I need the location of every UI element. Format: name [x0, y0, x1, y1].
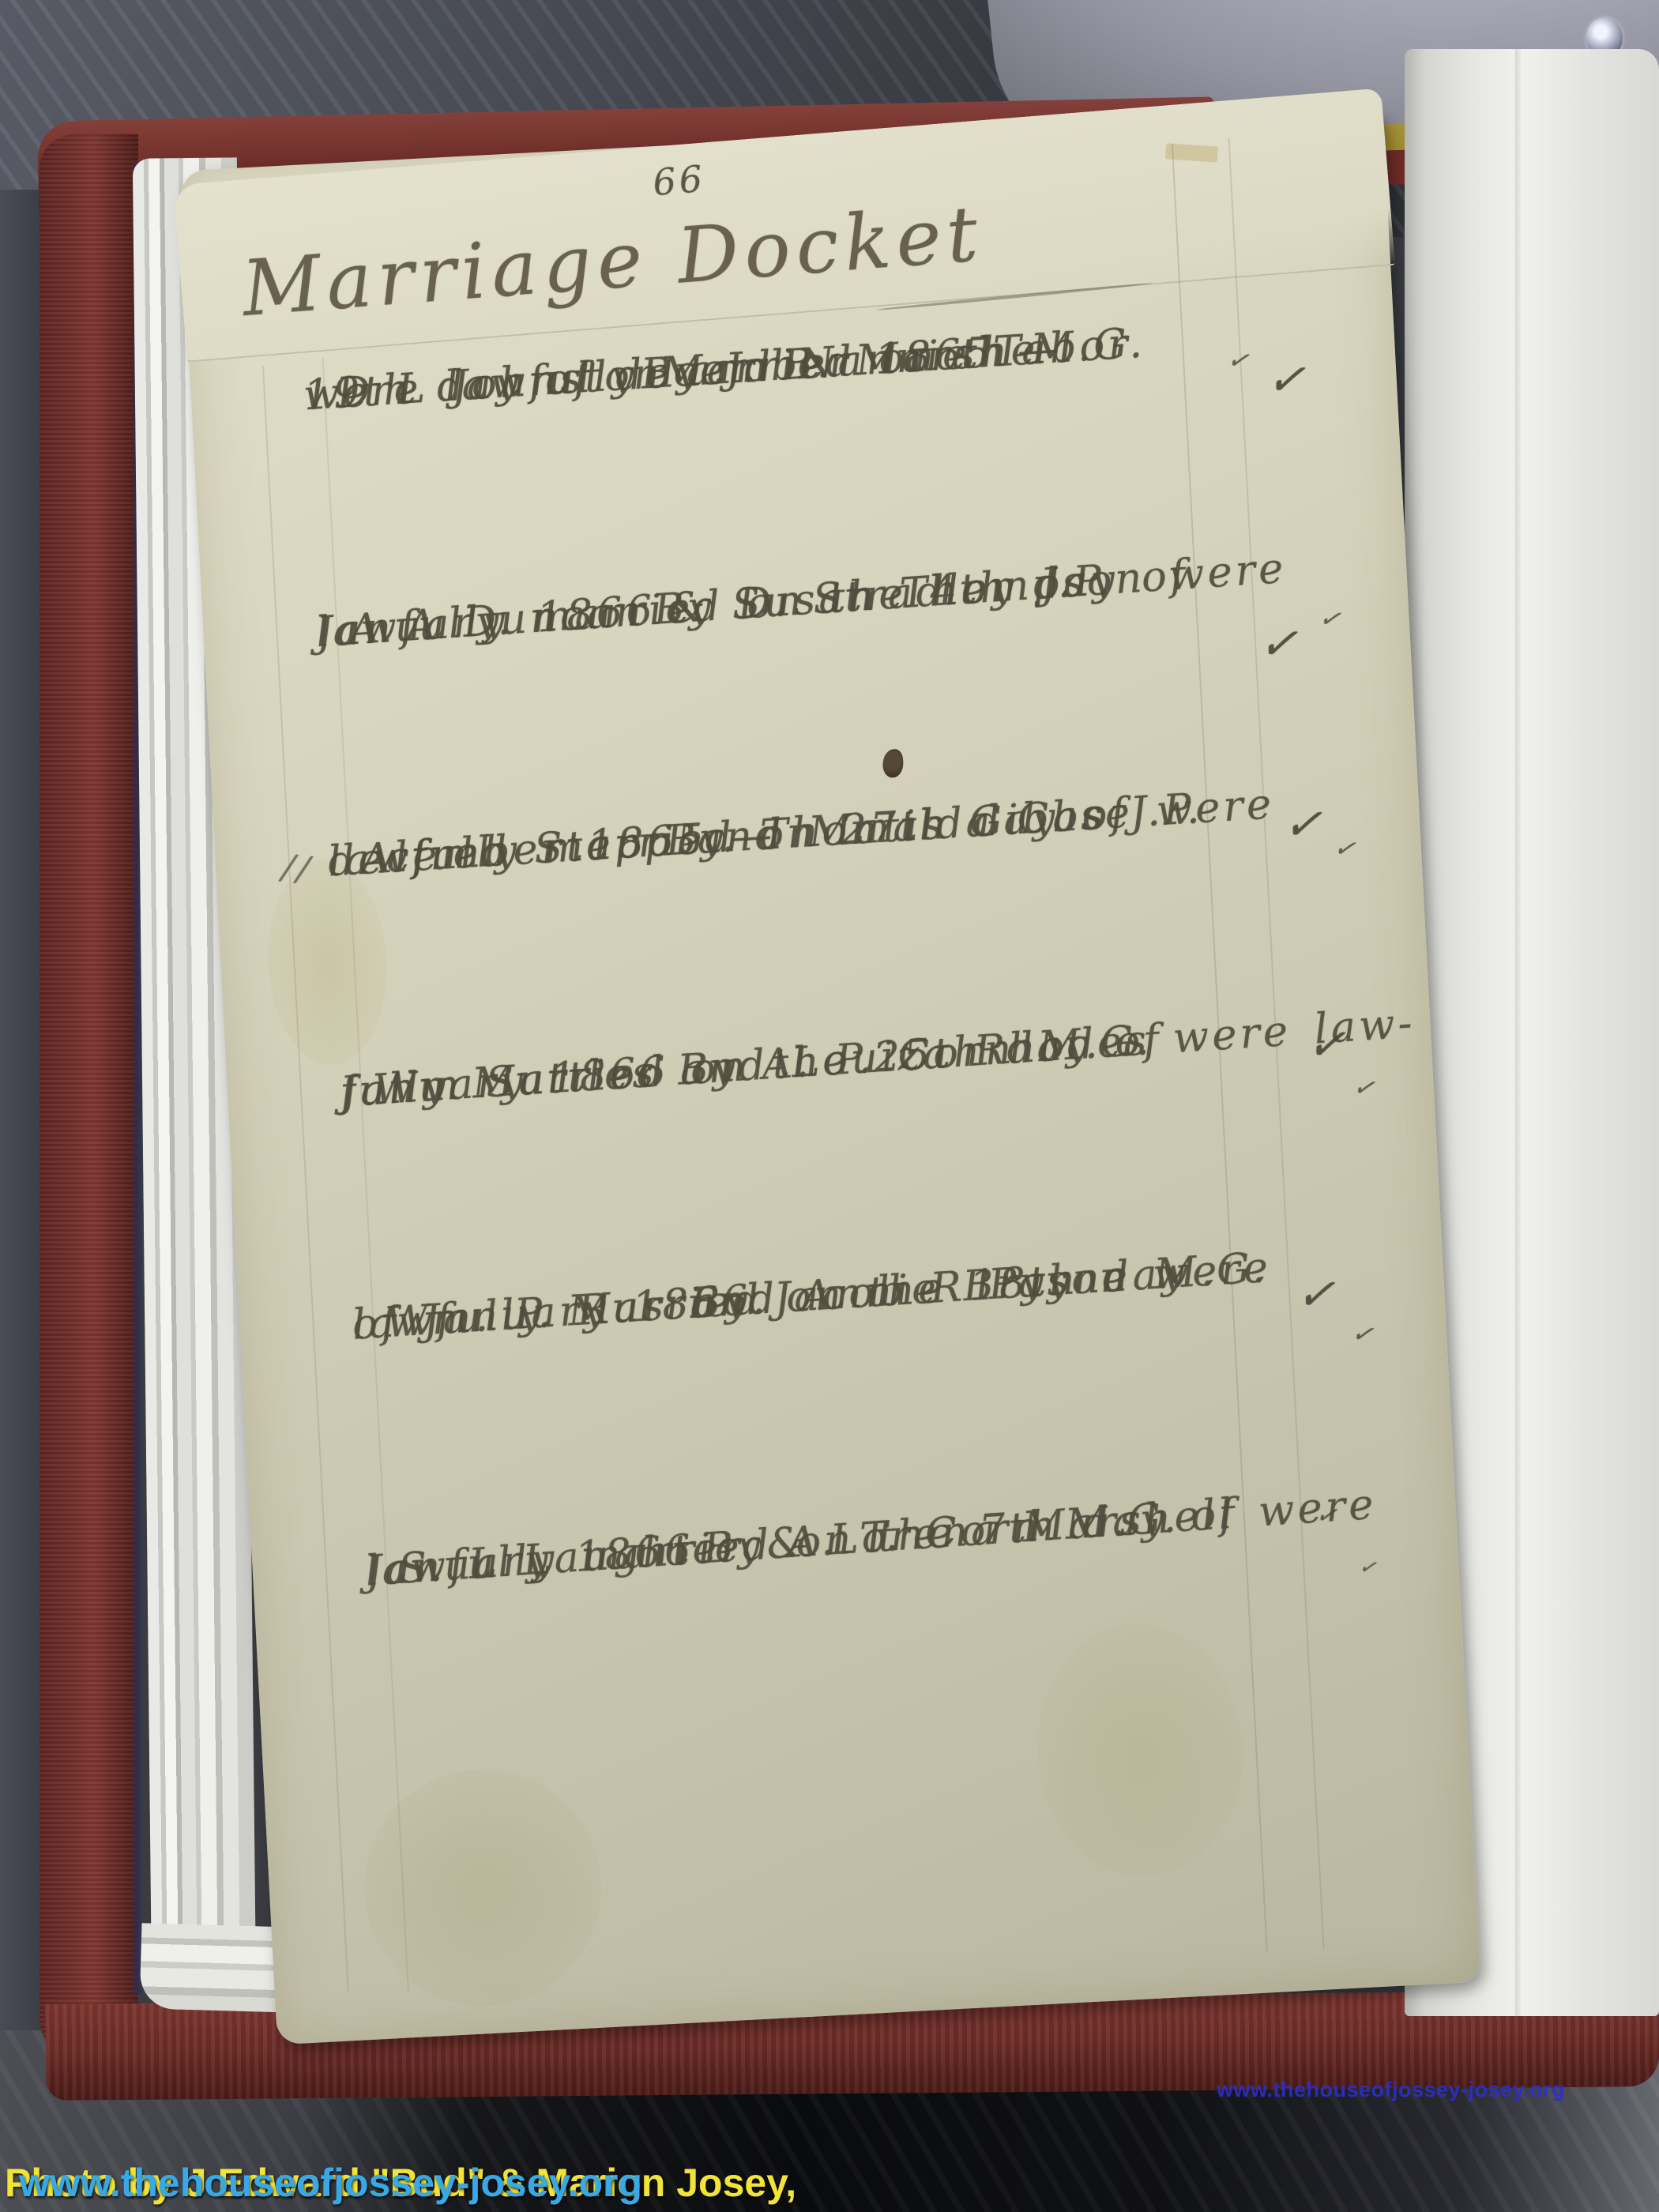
page-stain — [1031, 1619, 1249, 1882]
entry-officiant: By D. Stradley J.P. — [314, 551, 1115, 660]
checkmark-small: ✓ — [1329, 819, 1363, 878]
checkmark: ✓ — [1265, 350, 1311, 409]
ink-blot — [882, 749, 904, 778]
checkmark: ✓ — [1294, 1265, 1340, 1324]
checkmark-small: ✓ — [1223, 331, 1257, 390]
checkmark-small: ✓ — [1347, 1304, 1381, 1364]
margin-mark: ∕∕ — [280, 839, 315, 898]
photo-of-marriage-docket: 66 Marriage Docket D L Johnston and Nann… — [0, 0, 1659, 2212]
website-watermark: www.thehouseofjossey-josey.org — [1217, 2078, 1565, 2102]
docket-page: 66 Marriage Docket D L Johnston and Nann… — [179, 108, 1480, 2045]
page-number: 66 — [651, 157, 707, 205]
entry-officiant: By. Thomas Gibbs J.P. — [326, 781, 1204, 890]
checkmark-small: ✓ — [1354, 1539, 1384, 1597]
marriage-entry: Wm. P. Rus and Annie Bryson were lawfull… — [351, 1232, 1375, 1297]
checkmark-small: ✓ — [1349, 1058, 1382, 1117]
photo-credit-link: www.thehouseofjossey-josey.org — [5, 2160, 642, 2206]
marriage-entry: ∕∕ Alfred Stepp and Matilda Case were la… — [326, 771, 1352, 833]
checkmark: ✓ — [1281, 795, 1327, 854]
marriage-entry: A A Duncan & Susan Thompson were lawfull… — [314, 536, 1339, 604]
book-cover-left — [39, 134, 138, 2054]
entry-officiant: By A. P. Corn M.G. — [338, 1012, 1153, 1120]
entry-officiant: By A. T. Corn M.G. — [363, 1489, 1181, 1599]
checkmark: ✓ — [1257, 615, 1303, 674]
marriage-entry: Wm Suttles and Louiza Rhodes were law- f… — [338, 999, 1363, 1065]
checkmark-small: ✓ — [1315, 589, 1349, 649]
page-stain — [358, 1763, 607, 2012]
checkmark: ✓ — [1305, 1015, 1351, 1074]
entry-officiant: By Jacob R Payne M.G. — [351, 1240, 1270, 1353]
marriage-entry: S. L Laughter & Lorena Marshell were law… — [363, 1476, 1388, 1544]
